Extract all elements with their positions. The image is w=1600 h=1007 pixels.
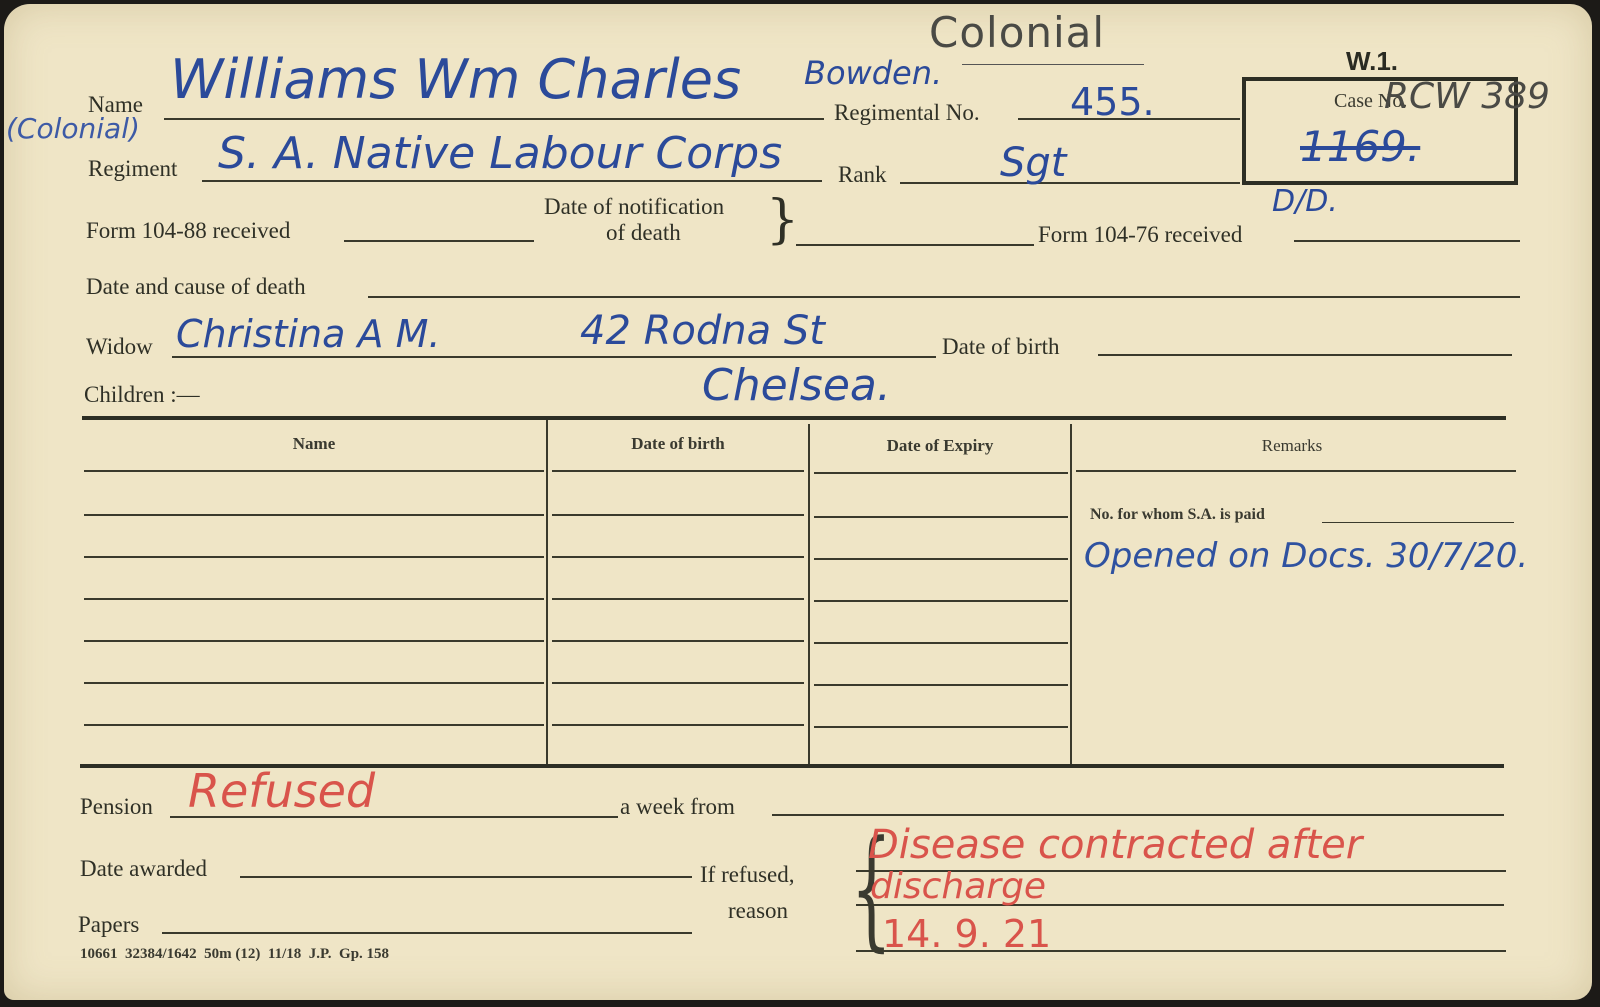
table-row bbox=[814, 516, 1068, 518]
reason-label: reason bbox=[728, 898, 788, 924]
table-row bbox=[814, 600, 1068, 602]
form-104-76-line bbox=[1294, 240, 1520, 242]
table-row bbox=[814, 642, 1068, 644]
table-row bbox=[84, 514, 544, 516]
notification-line bbox=[796, 244, 1034, 246]
date-awarded-label: Date awarded bbox=[80, 856, 207, 882]
table-row bbox=[552, 724, 804, 726]
reason-value-3: 14. 9. 21 bbox=[882, 912, 1051, 956]
table-row bbox=[552, 514, 804, 516]
table-row bbox=[84, 598, 544, 600]
table-divider-3 bbox=[1070, 424, 1072, 764]
widow-address-line2: Chelsea. bbox=[702, 360, 891, 411]
table-row bbox=[814, 684, 1068, 686]
form-104-76-value: D/D. bbox=[1272, 184, 1338, 219]
table-row bbox=[84, 682, 544, 684]
name-insert: Bowden. bbox=[804, 54, 942, 92]
date-cause-death-line bbox=[368, 296, 1520, 298]
form-id: W.1. bbox=[1346, 46, 1398, 77]
table-row bbox=[84, 640, 544, 642]
if-refused-label: If refused, bbox=[700, 862, 795, 888]
table-row bbox=[552, 598, 804, 600]
form-104-76-label: Form 104-76 received bbox=[1038, 222, 1242, 248]
name-value: Williams Wm Charles bbox=[170, 48, 741, 111]
date-cause-death-label: Date and cause of death bbox=[86, 274, 306, 300]
colonial-underline bbox=[962, 64, 1144, 65]
widow-name-value: Christina A M. bbox=[176, 312, 440, 356]
widow-line bbox=[172, 356, 936, 358]
papers-label: Papers bbox=[78, 912, 139, 938]
notification-label-2: of death bbox=[606, 220, 681, 246]
table-row bbox=[84, 470, 544, 472]
table-row bbox=[84, 556, 544, 558]
form-104-88-line bbox=[344, 240, 534, 242]
table-header-expiry: Date of Expiry bbox=[810, 436, 1070, 456]
pension-label: Pension bbox=[80, 794, 153, 820]
widow-dob-line bbox=[1098, 354, 1512, 356]
widow-label: Widow bbox=[86, 334, 153, 360]
date-awarded-line bbox=[240, 876, 692, 878]
table-row bbox=[552, 682, 804, 684]
children-label: Children :— bbox=[84, 382, 200, 408]
table-row bbox=[814, 472, 1068, 474]
table-header-name: Name bbox=[84, 434, 544, 454]
regimental-no-label: Regimental No. bbox=[834, 100, 980, 126]
regiment-line bbox=[202, 180, 822, 182]
colonial-annotation: Colonial bbox=[929, 8, 1105, 57]
table-top-rule bbox=[82, 416, 1506, 420]
reason-value-2: discharge bbox=[870, 866, 1046, 907]
table-row bbox=[552, 470, 804, 472]
printer-footer: 10661 32384/1642 50m (12) 11/18 J.P. Gp.… bbox=[80, 946, 389, 963]
table-divider-1 bbox=[546, 420, 548, 764]
table-row bbox=[552, 556, 804, 558]
pension-value: Refused bbox=[188, 764, 375, 818]
widow-dob-label: Date of birth bbox=[942, 334, 1060, 360]
case-ref-handwritten: RCW 389 bbox=[1384, 76, 1550, 117]
sa-paid-line bbox=[1322, 522, 1514, 523]
rank-label: Rank bbox=[838, 162, 887, 188]
sa-paid-label: No. for whom S.A. is paid bbox=[1090, 506, 1265, 524]
name-label: Name bbox=[88, 92, 143, 118]
regiment-label: Regiment bbox=[88, 156, 177, 182]
rank-value: Sgt bbox=[1000, 140, 1066, 186]
widow-address-line1: 42 Rodna St bbox=[580, 308, 825, 354]
table-row bbox=[814, 726, 1068, 728]
notification-label-1: Date of notification bbox=[544, 194, 724, 220]
table-header-dob: Date of birth bbox=[548, 434, 808, 454]
notification-brace: } bbox=[766, 190, 799, 250]
rank-line bbox=[900, 182, 1240, 184]
table-row bbox=[814, 558, 1068, 560]
remarks-header-rule bbox=[1076, 470, 1516, 472]
regiment-value: S. A. Native Labour Corps bbox=[218, 128, 782, 179]
pension-record-card: Colonial W.1. Case No. RCW 389 1169. (Co… bbox=[4, 4, 1592, 1000]
reason-value-1: Disease contracted after bbox=[868, 822, 1362, 868]
table-row bbox=[84, 724, 544, 726]
papers-line bbox=[162, 932, 692, 934]
table-divider-2 bbox=[808, 424, 810, 764]
name-line bbox=[164, 118, 824, 120]
table-row bbox=[552, 640, 804, 642]
table-header-remarks: Remarks bbox=[1072, 436, 1512, 456]
remarks-note: Opened on Docs. 30/7/20. bbox=[1084, 536, 1528, 576]
form-104-88-label: Form 104-88 received bbox=[86, 218, 290, 244]
week-from-label: a week from bbox=[620, 794, 735, 820]
regimental-no-value: 455. bbox=[1070, 80, 1155, 124]
case-number-struck: 1169. bbox=[1300, 122, 1420, 171]
